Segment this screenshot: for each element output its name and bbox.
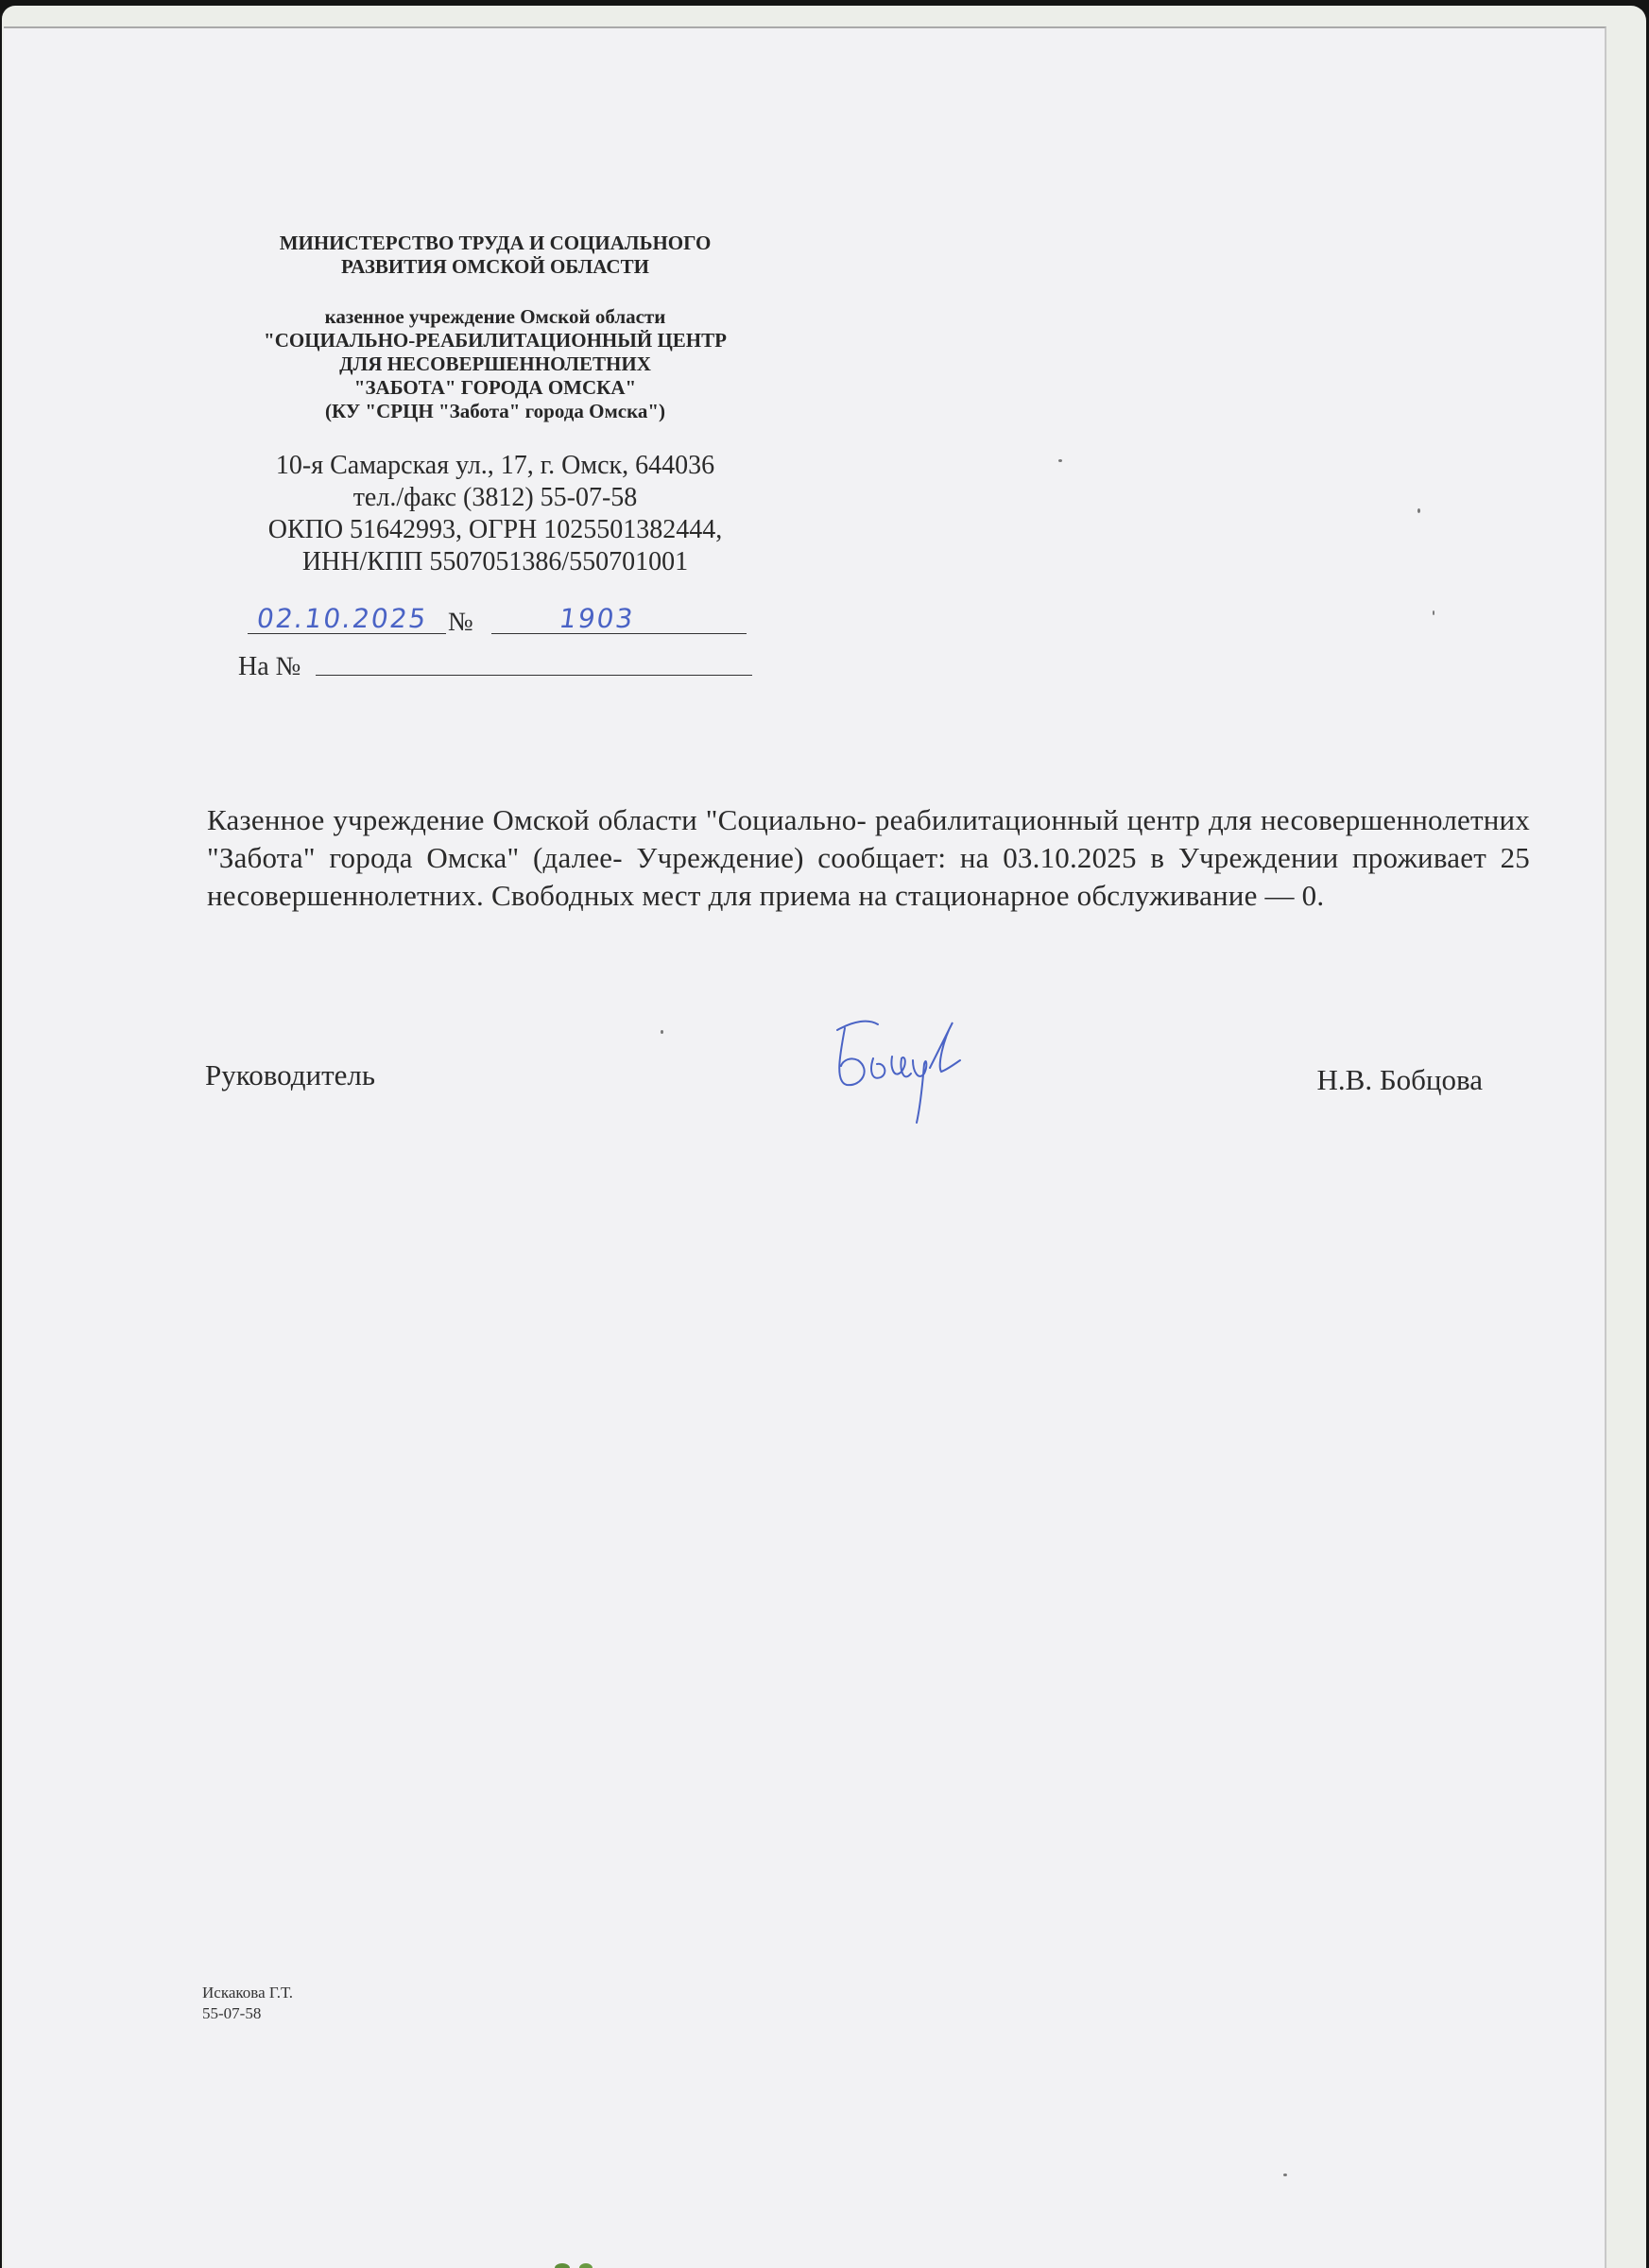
document-page: МИНИСТЕРСТВО ТРУДА И СОЦИАЛЬНОГО РАЗВИТИ… [4, 26, 1606, 2268]
handwritten-date: 02.10.2025 [255, 603, 430, 634]
letterhead: МИНИСТЕРСТВО ТРУДА И СОЦИАЛЬНОГО РАЗВИТИ… [212, 232, 779, 578]
signatory-position: Руководитель [205, 1058, 375, 1092]
scan-speck [1417, 508, 1420, 513]
number-symbol: № [448, 609, 473, 637]
institution-line: ДЛЯ НЕСОВЕРШЕННОЛЕТНИХ [212, 352, 779, 376]
signatory-name: Н.В. Бобцова [1317, 1063, 1483, 1097]
letter-body: Казенное учреждение Омской области "Соци… [207, 801, 1530, 915]
address-line: 10-я Самарская ул., 17, г. Омск, 644036 [212, 450, 779, 482]
scan-speck [1058, 459, 1062, 462]
handwritten-number: 1903 [558, 603, 637, 634]
institution-line: "ЗАБОТА" ГОРОДА ОМСКА" [212, 376, 779, 400]
phone-fax-line: тел./факс (3812) 55-07-58 [212, 482, 779, 514]
scan-speck [1283, 2173, 1287, 2176]
executor-info: Искакова Г.Т. 55-07-58 [202, 1983, 293, 2024]
inn-kpp-line: ИНН/КПП 5507051386/550701001 [212, 546, 779, 578]
executor-phone: 55-07-58 [202, 2003, 293, 2024]
reply-to-label: На № [238, 653, 301, 681]
scan-speck [661, 1030, 663, 1034]
scan-speck [1433, 610, 1434, 615]
institution-short-name: (КУ "СРЦН "Забота" города Омска") [212, 400, 779, 423]
address-block: 10-я Самарская ул., 17, г. Омск, 644036 … [212, 450, 779, 578]
ministry-name-line-2: РАЗВИТИЯ ОМСКОЙ ОБЛАСТИ [212, 255, 779, 279]
institution-line: казенное учреждение Омской области [212, 305, 779, 329]
reply-to-underline [316, 675, 752, 676]
handwritten-signature [826, 1011, 987, 1134]
green-stain [553, 2260, 610, 2268]
institution-line: "СОЦИАЛЬНО-РЕАБИЛИТАЦИОННЫЙ ЦЕНТР [212, 329, 779, 352]
ministry-name-line-1: МИНИСТЕРСТВО ТРУДА И СОЦИАЛЬНОГО [212, 232, 779, 255]
executor-name: Искакова Г.Т. [202, 1983, 293, 2003]
okpo-ogrn-line: ОКПО 51642993, ОГРН 1025501382444, [212, 514, 779, 546]
